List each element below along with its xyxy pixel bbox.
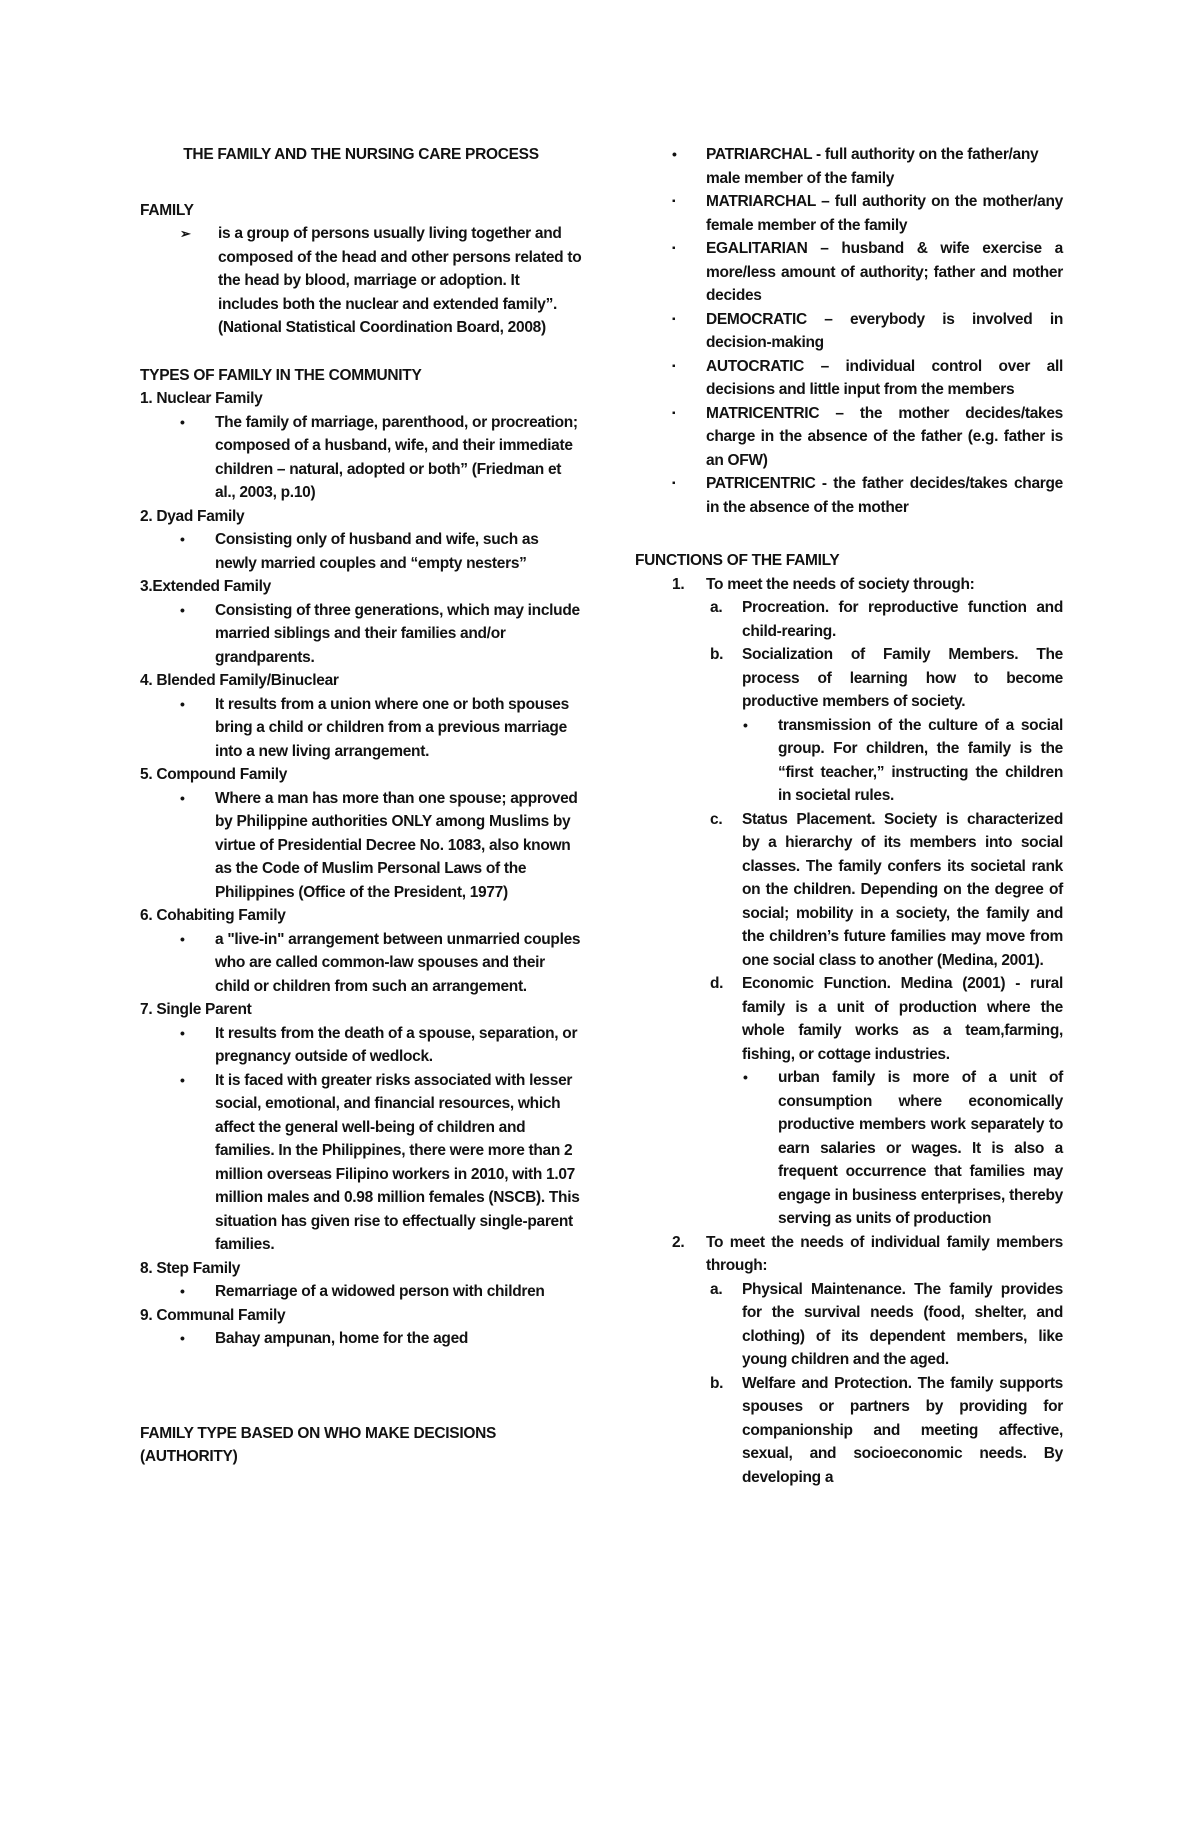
function-sub-text: Welfare and Protection. The family suppo… <box>742 1372 1063 1490</box>
function-number-row: 2. To meet the needs of individual famil… <box>635 1231 1063 1278</box>
function-number-row: 1. To meet the needs of society through: <box>635 573 1063 597</box>
decisions-heading: FAMILY TYPE BASED ON WHO MAKE DECISIONS … <box>140 1422 582 1469</box>
authority-type-item: ▪ AUTOCRATIC – individual control over a… <box>635 355 1063 402</box>
authority-type-text: PATRICENTRIC - the father decides/takes … <box>706 472 1063 519</box>
function-sub-letter: c. <box>710 808 742 832</box>
family-type-bullet-text: Consisting of three generations, which m… <box>215 599 582 670</box>
family-type-label: 7. Single Parent <box>140 998 582 1022</box>
authority-type-text: AUTOCRATIC – individual control over all… <box>706 355 1063 402</box>
left-column: THE FAMILY AND THE NURSING CARE PROCESS … <box>140 143 582 1469</box>
family-type-bullet-text: Where a man has more than one spouse; ap… <box>215 787 582 905</box>
family-type-label: 3.Extended Family <box>140 575 582 599</box>
function-sub-item: b. Socialization of Family Members. The … <box>635 643 1063 714</box>
function-item: 1. To meet the needs of society through:… <box>635 573 1063 1231</box>
family-type-label: 4. Blended Family/Binuclear <box>140 669 582 693</box>
square-bullet-icon: ▪ <box>672 308 706 332</box>
family-type-bullet: • It is faced with greater risks associa… <box>140 1069 582 1257</box>
function-item: 2. To meet the needs of individual famil… <box>635 1231 1063 1490</box>
square-bullet-icon: ▪ <box>672 402 706 426</box>
family-type-bullet-text: It results from a union where one or bot… <box>215 693 582 764</box>
family-type-bullet: • Where a man has more than one spouse; … <box>140 787 582 905</box>
authority-type-item: • PATRIARCHAL - full authority on the fa… <box>635 143 1063 190</box>
function-sub-item: d. Economic Function. Medina (2001) - ru… <box>635 972 1063 1066</box>
function-sub-text: Physical Maintenance. The family provide… <box>742 1278 1063 1372</box>
family-type-bullet-text: It results from the death of a spouse, s… <box>215 1022 582 1069</box>
authority-type-text: DEMOCRATIC – everybody is involved in de… <box>706 308 1063 355</box>
family-type-bullet-text: The family of marriage, parenthood, or p… <box>215 411 582 505</box>
family-type-bullet-text: Consisting only of husband and wife, suc… <box>215 528 582 575</box>
dot-bullet-icon: • <box>180 1280 215 1304</box>
function-sub-bullet: • urban family is more of a unit of cons… <box>635 1066 1063 1231</box>
function-text: To meet the needs of society through: <box>706 573 1063 597</box>
family-type-bullet: • It results from a union where one or b… <box>140 693 582 764</box>
dot-bullet-icon: • <box>672 143 706 167</box>
family-type-label: 6. Cohabiting Family <box>140 904 582 928</box>
function-sub-item: c. Status Placement. Society is characte… <box>635 808 1063 973</box>
dot-bullet-icon: • <box>180 599 215 623</box>
authority-type-item: ▪ PATRICENTRIC - the father decides/take… <box>635 472 1063 519</box>
dot-bullet-icon: • <box>180 1327 215 1351</box>
dot-bullet-icon: • <box>180 693 215 717</box>
dot-bullet-icon: • <box>180 928 215 952</box>
authority-type-text: PATRIARCHAL - full authority on the fath… <box>706 143 1063 190</box>
family-type-bullet-text: a "live-in" arrangement between unmarrie… <box>215 928 582 999</box>
family-type-bullet-text: Bahay ampunan, home for the aged <box>215 1327 582 1351</box>
family-type-label: 5. Compound Family <box>140 763 582 787</box>
family-type-item: 7. Single Parent • It results from the d… <box>140 998 582 1257</box>
page-title: THE FAMILY AND THE NURSING CARE PROCESS <box>140 143 582 167</box>
dot-bullet-icon: • <box>743 714 778 738</box>
function-sub-letter: d. <box>710 972 742 996</box>
function-sub-letter: b. <box>710 1372 742 1396</box>
family-definition-text: is a group of persons usually living tog… <box>218 222 582 340</box>
function-number: 1. <box>672 573 706 597</box>
family-type-bullet: • Consisting of three generations, which… <box>140 599 582 670</box>
function-sub-text: Status Placement. Society is characteriz… <box>742 808 1063 973</box>
family-type-label: 2. Dyad Family <box>140 505 582 529</box>
function-sub-item: b. Welfare and Protection. The family su… <box>635 1372 1063 1490</box>
function-sub-text: Economic Function. Medina (2001) - rural… <box>742 972 1063 1066</box>
family-type-label: 8. Step Family <box>140 1257 582 1281</box>
function-sub-bullet-text: urban family is more of a unit of consum… <box>778 1066 1063 1231</box>
family-type-bullet: • Remarriage of a widowed person with ch… <box>140 1280 582 1304</box>
document-page: THE FAMILY AND THE NURSING CARE PROCESS … <box>0 0 1200 1835</box>
authority-type-item: ▪ MATRIARCHAL – full authority on the mo… <box>635 190 1063 237</box>
family-type-label: 9. Communal Family <box>140 1304 582 1328</box>
square-bullet-icon: ▪ <box>672 190 706 214</box>
family-type-item: 5. Compound Family • Where a man has mor… <box>140 763 582 904</box>
function-number: 2. <box>672 1231 706 1255</box>
family-type-bullet: • Consisting only of husband and wife, s… <box>140 528 582 575</box>
function-text: To meet the needs of individual family m… <box>706 1231 1063 1278</box>
dot-bullet-icon: • <box>743 1066 778 1090</box>
family-type-item: 9. Communal Family • Bahay ampunan, home… <box>140 1304 582 1351</box>
function-sub-letter: b. <box>710 643 742 667</box>
family-type-label: 1. Nuclear Family <box>140 387 582 411</box>
family-type-bullet-text: It is faced with greater risks associate… <box>215 1069 582 1257</box>
family-type-bullet-text: Remarriage of a widowed person with chil… <box>215 1280 582 1304</box>
function-sub-bullet-text: transmission of the culture of a social … <box>778 714 1063 808</box>
family-type-item: 6. Cohabiting Family • a "live-in" arran… <box>140 904 582 998</box>
family-type-bullet: • a "live-in" arrangement between unmarr… <box>140 928 582 999</box>
dot-bullet-icon: • <box>180 1069 215 1093</box>
family-type-bullet: • Bahay ampunan, home for the aged <box>140 1327 582 1351</box>
dot-bullet-icon: • <box>180 411 215 435</box>
function-sub-bullet: • transmission of the culture of a socia… <box>635 714 1063 808</box>
authority-type-text: MATRIARCHAL – full authority on the moth… <box>706 190 1063 237</box>
dot-bullet-icon: • <box>180 1022 215 1046</box>
square-bullet-icon: ▪ <box>672 472 706 496</box>
authority-type-text: EGALITARIAN – husband & wife exercise a … <box>706 237 1063 308</box>
family-type-item: 8. Step Family • Remarriage of a widowed… <box>140 1257 582 1304</box>
square-bullet-icon: ▪ <box>672 355 706 379</box>
function-sub-letter: a. <box>710 596 742 620</box>
functions-heading: FUNCTIONS OF THE FAMILY <box>635 549 1063 573</box>
authority-type-item: ▪ EGALITARIAN – husband & wife exercise … <box>635 237 1063 308</box>
family-type-item: 4. Blended Family/Binuclear • It results… <box>140 669 582 763</box>
arrow-bullet-icon: ➢ <box>180 222 218 246</box>
dot-bullet-icon: • <box>180 787 215 811</box>
family-type-item: 1. Nuclear Family • The family of marria… <box>140 387 582 505</box>
dot-bullet-icon: • <box>180 528 215 552</box>
authority-type-text: MATRICENTRIC – the mother decides/takes … <box>706 402 1063 473</box>
family-type-bullet: • The family of marriage, parenthood, or… <box>140 411 582 505</box>
right-column: • PATRIARCHAL - full authority on the fa… <box>635 143 1063 1489</box>
family-definition-item: ➢ is a group of persons usually living t… <box>140 222 582 340</box>
function-sub-item: a. Procreation. for reproductive functio… <box>635 596 1063 643</box>
function-sub-text: Socialization of Family Members. The pro… <box>742 643 1063 714</box>
family-heading: FAMILY <box>140 199 582 223</box>
authority-type-item: ▪ MATRICENTRIC – the mother decides/take… <box>635 402 1063 473</box>
function-sub-item: a. Physical Maintenance. The family prov… <box>635 1278 1063 1372</box>
types-heading: TYPES OF FAMILY IN THE COMMUNITY <box>140 364 582 388</box>
function-sub-letter: a. <box>710 1278 742 1302</box>
family-type-item: 2. Dyad Family • Consisting only of husb… <box>140 505 582 576</box>
square-bullet-icon: ▪ <box>672 237 706 261</box>
authority-type-item: ▪ DEMOCRATIC – everybody is involved in … <box>635 308 1063 355</box>
function-sub-text: Procreation. for reproductive function a… <box>742 596 1063 643</box>
family-type-bullet: • It results from the death of a spouse,… <box>140 1022 582 1069</box>
family-type-item: 3.Extended Family • Consisting of three … <box>140 575 582 669</box>
